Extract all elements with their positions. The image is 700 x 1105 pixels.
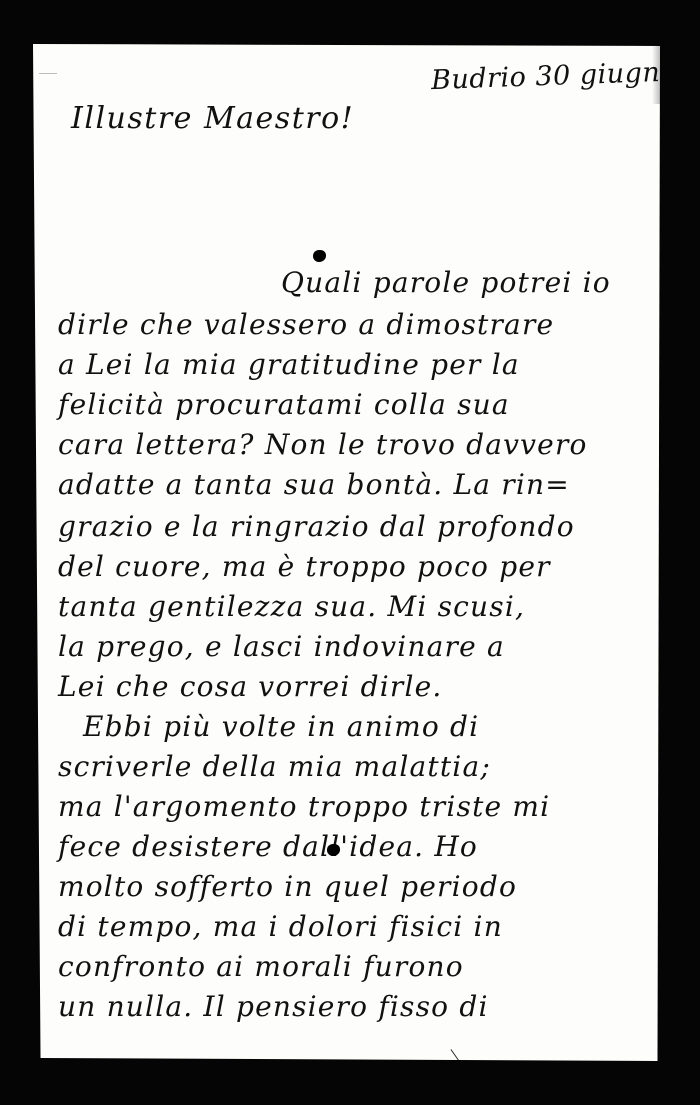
body-line: fece desistere dall'idea. Ho	[58, 830, 658, 863]
body-line: Ebbi più volte in animo di	[83, 710, 683, 743]
letter-salutation: Illustre Maestro!	[71, 101, 354, 136]
body-line: dirle che valessero a dimostrare	[58, 308, 658, 341]
body-line: ma l'argomento troppo triste mi	[58, 790, 658, 823]
body-line: cara lettera? Non le trovo davvero	[58, 428, 658, 461]
body-line: di tempo, ma i dolori fisici in	[58, 910, 658, 943]
body-line: molto sofferto in quel periodo	[58, 870, 658, 903]
letter-page: Budrio 30 giugno 73 Illustre Maestro! Qu…	[33, 44, 660, 1061]
body-line: scriverle della mia malattia;	[58, 750, 658, 783]
margin-mark	[39, 73, 57, 74]
scan-background: Budrio 30 giugno 73 Illustre Maestro! Qu…	[0, 0, 700, 1105]
letter-date: Budrio 30 giugno 73	[431, 55, 700, 96]
body-line: adatte a tanta sua bontà. La rin=	[58, 468, 658, 501]
body-line: tanta gentilezza sua. Mi scusi,	[58, 590, 658, 623]
body-line: felicità procuratami colla sua	[58, 388, 658, 421]
body-line: a Lei la mia gratitudine per la	[58, 348, 658, 381]
body-line: Lei che cosa vorrei dirle.	[58, 670, 658, 703]
body-line: confronto ai morali furono	[58, 950, 658, 983]
paper-mark	[451, 1049, 461, 1063]
ink-blot	[313, 250, 326, 262]
body-line: un nulla. Il pensiero fisso di	[58, 990, 658, 1023]
body-line: grazio e la ringrazio dal profondo	[58, 510, 658, 543]
body-line: Quali parole potrei io	[281, 266, 700, 299]
body-line: la prego, e lasci indovinare a	[58, 630, 658, 663]
body-line: del cuore, ma è troppo poco per	[58, 550, 658, 583]
